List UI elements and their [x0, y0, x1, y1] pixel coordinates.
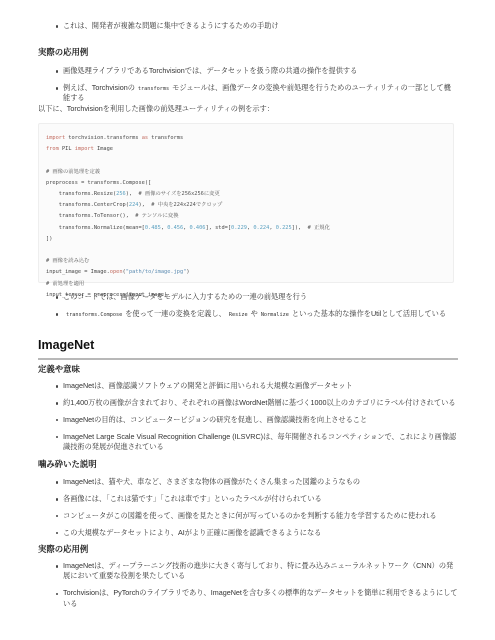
list-item: ImageNetは、画像認識ソフトウェアの開発と評価に用いられる大規模な画像デー… [38, 381, 458, 391]
list-item: Torchvisionは、PyTorchのライブラリであり、ImageNetを含… [38, 588, 458, 609]
code-text: transforms.CenterCrop( [46, 202, 129, 208]
list-item: transforms.Composeを使って一連の変換を定義し、ResizeやN… [38, 309, 458, 320]
code-number: 0.224 [253, 225, 269, 231]
code-comment: # 画像のサイズを256x256に変更 [139, 191, 220, 197]
code-text: transforms.Normalize(mean=[ [46, 225, 145, 231]
list-item: これは、開発者が複雑な問題に集中できるようにするための手助け [38, 21, 458, 31]
heading-divider [38, 358, 458, 360]
code-text: transforms [148, 135, 183, 141]
code-text: ]), [292, 225, 308, 231]
code-number: 0.225 [276, 225, 292, 231]
code-comment: # 前処理を適用 [46, 281, 84, 287]
list-item: ImageNet Large Scale Visual Recognition … [38, 432, 458, 453]
list-item-text: 例えば、Torchvisionの [63, 83, 135, 92]
section-heading-definition: 定義や意味 [38, 363, 458, 375]
code-keyword: import [46, 135, 65, 141]
imagenet-heading-block: ImageNet [38, 336, 458, 360]
code-text: PIL [59, 146, 75, 152]
code-keyword: import [75, 146, 94, 152]
code-text: ]) [46, 236, 52, 242]
list-item-text: や [251, 309, 258, 318]
inline-code: transforms [135, 86, 172, 92]
section-heading-applications: 実際の応用例 [38, 46, 458, 58]
code-keyword: from [46, 146, 59, 152]
list-item: このコードでは、画像データをモデルに入力するための一連の前処理を行う [38, 292, 458, 302]
inline-code: Resize [226, 312, 251, 318]
list-item: 約1,400万枚の画像が含まれており、それぞれの画像はWordNet階層に基づく… [38, 398, 458, 408]
code-comment: # テンソルに変換 [135, 213, 178, 219]
code-text: torchvision.transforms [65, 135, 142, 141]
code-number: 0.406 [190, 225, 206, 231]
code-comment: # 画像の前処理を定義 [46, 169, 100, 175]
code-number: 0.229 [231, 225, 247, 231]
list-item: 例えば、Torchvisionのtransformsモジュールは、画像データの変… [38, 83, 458, 104]
code-text: ), [126, 191, 139, 197]
list-item-text: といった基本的な操作をUtilとして活用している [292, 309, 446, 318]
code-text: transforms.ToTensor(), [46, 213, 135, 219]
code-text: ) [186, 269, 189, 275]
list-item-text: を使って一連の変換を定義し、 [125, 309, 226, 318]
code-notes-list: このコードでは、画像データをモデルに入力するための一連の前処理を行う trans… [38, 292, 458, 326]
code-comment: # 中央を224x224でクロップ [151, 202, 222, 208]
code-number: 256 [116, 191, 126, 197]
code-function: open [110, 269, 123, 275]
code-text: Image [94, 146, 113, 152]
code-number: 0.456 [167, 225, 183, 231]
intro-list: これは、開発者が複雑な問題に集中できるようにするための手助け [38, 21, 458, 38]
definition-list: ImageNetは、画像認識ソフトウェアの開発と評価に用いられる大規模な画像デー… [38, 381, 458, 459]
code-block[interactable]: import torchvision.transforms as transfo… [38, 123, 454, 283]
list-item: ImageNetは、猫や犬、車など、さまざまな物体の画像がたくさん集まった図鑑の… [38, 477, 458, 487]
code-text: ], std=[ [206, 225, 232, 231]
imagenet-applications-list: ImageNetは、ディープラーニング技術の進歩に大きく寄与しており、特に畳み込… [38, 561, 458, 616]
list-item: 画像処理ライブラリであるTorchvisionでは、データセットを扱う際の共通の… [38, 66, 458, 76]
list-item: ImageNetは、ディープラーニング技術の進歩に大きく寄与しており、特に畳み込… [38, 561, 458, 582]
section-heading-simple: 噛み砕いた説明 [38, 458, 458, 470]
code-text: input_image = Image. [46, 269, 110, 275]
code-number: 224 [129, 202, 139, 208]
inline-code: transforms.Compose [63, 312, 125, 318]
code-string: "path/to/image.jpg" [126, 269, 187, 275]
code-text: ), [139, 202, 152, 208]
page-section-title: ImageNet [38, 336, 458, 354]
list-item: ImageNetの目的は、コンピュータービジョンの研究を促進し、画像認識技術を向… [38, 415, 458, 425]
list-item: 各画像には、「これは猫です」「これは車です」といったラベルが付けられている [38, 494, 458, 504]
list-item: コンピュータがこの図鑑を使って、画像を見たときに何が写っているのかを判断する能力… [38, 511, 458, 521]
inline-code: Normalize [258, 312, 292, 318]
code-text: transforms.Resize( [46, 191, 116, 197]
code-text: preprocess = transforms.Compose([ [46, 180, 151, 186]
section-heading-imagenet-applications: 実際の応用例 [38, 543, 458, 555]
code-comment: # 画像を読み込む [46, 258, 89, 264]
code-comment: # 正規化 [308, 225, 330, 231]
lead-paragraph: 以下に、Torchvisionを利用した画像の前処理ユーティリティの例を示す： [38, 104, 458, 114]
simple-explanation-list: ImageNetは、猫や犬、車など、さまざまな物体の画像がたくさん集まった図鑑の… [38, 477, 458, 545]
code-number: 0.485 [145, 225, 161, 231]
list-item: この大規模なデータセットにより、AIがより正確に画像を認識できるようになる [38, 528, 458, 538]
